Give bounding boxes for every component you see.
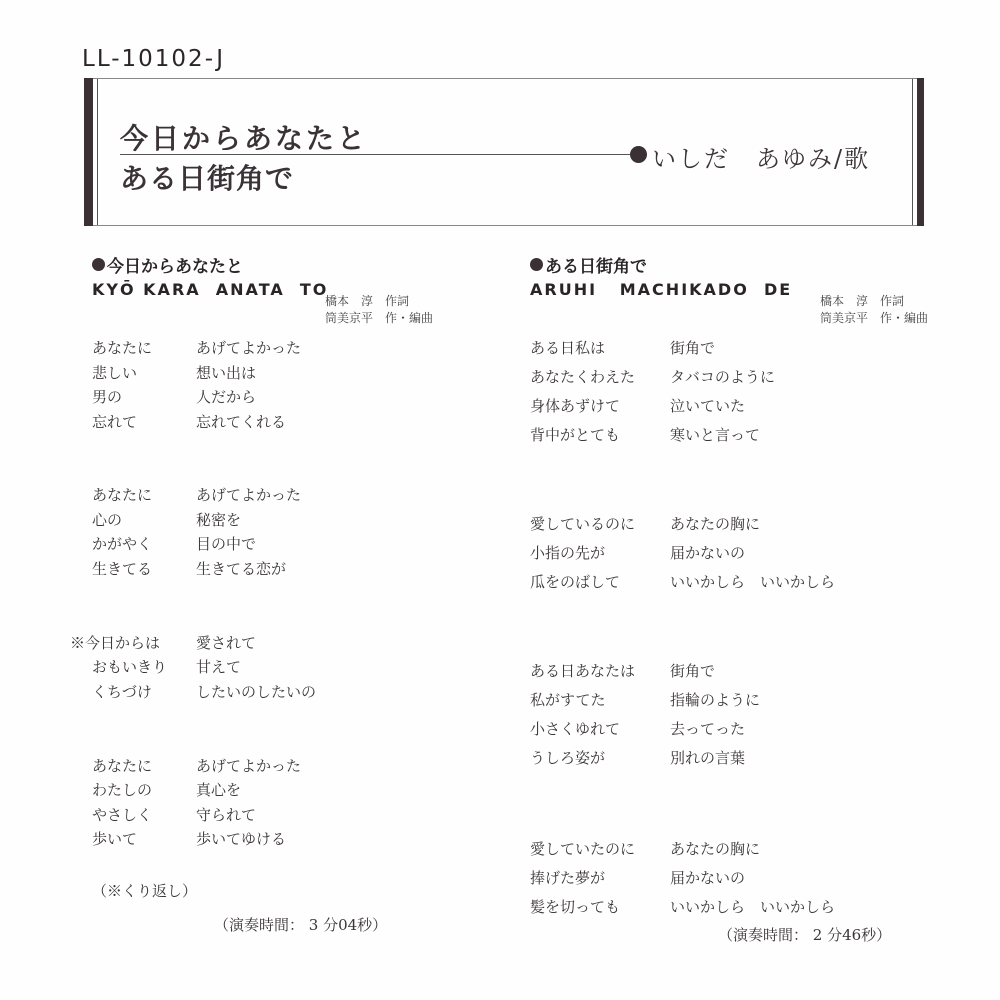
lyric-line-left: 愛していたのに (530, 838, 635, 859)
lyric-line-left: 小さくゆれて (530, 718, 620, 739)
lyric-line-right: 人だから (196, 386, 256, 407)
lyric-line-left: 歩いて (92, 828, 137, 849)
lyric-line-left: 忘れて (92, 411, 137, 432)
bullet-dot-icon (92, 258, 105, 271)
lyric-line-left: あなたに (92, 484, 152, 505)
lyric-line-right: 別れの言葉 (670, 747, 745, 768)
song-credits-2: 橋本 淳 作詞筒美京平 作・編曲 (820, 293, 928, 327)
lyric-line-right: あげてよかった (196, 755, 301, 776)
song-heading-2: ある日街角で ARUHI MACHIKADO DE (530, 252, 792, 299)
lyric-line-left: ある日あなたは (530, 660, 635, 681)
title-b-side: ある日街角で (120, 157, 294, 197)
lyric-line-right: 生きてる恋が (196, 558, 286, 579)
catalog-number: LL-10102-J (82, 46, 225, 72)
lyric-line-right: 街角で (670, 660, 715, 681)
lyric-line-left: 男の (92, 386, 122, 407)
lyric-line-left: おもいきり (92, 656, 167, 677)
song-heading-1: 今日からあなたと KYŌ KARA ANATA TO (92, 252, 328, 299)
lyric-line-left: 小指の先が (530, 542, 605, 563)
lyric-line-left: あなたに (92, 755, 152, 776)
right-border-line (912, 79, 913, 225)
credit-lyrics: 橋本 淳 作詞 (820, 293, 928, 310)
credit-music: 筒美京平 作・編曲 (820, 310, 928, 327)
lyric-line-right: 真心を (196, 779, 241, 800)
song-romaji: KYŌ KARA ANATA TO (92, 280, 328, 299)
lyric-line-left: 背中がとても (530, 424, 620, 445)
lyric-line-right: 目の中で (196, 533, 256, 554)
bullet-dot-icon (530, 258, 543, 271)
lyric-line-right: 歩いてゆける (196, 828, 286, 849)
lyric-line-right: あげてよかった (196, 484, 301, 505)
lyric-line-right: 寒いと言って (670, 424, 760, 445)
lyric-line-right: 秘密を (196, 509, 241, 530)
lyric-line-right: 甘えて (196, 656, 241, 677)
lyric-line-right: いいかしら いいかしら (670, 571, 835, 592)
lyric-line-left: 心の (92, 509, 122, 530)
title-divider (120, 154, 630, 155)
lyric-line-left: やさしく (92, 804, 152, 825)
lyric-line-left: 髪を切っても (530, 896, 620, 917)
lyric-line-right: いいかしら いいかしら (670, 896, 835, 917)
lyric-line-left: ある日私は (530, 337, 605, 358)
lyric-line-right: 去ってった (670, 718, 745, 739)
lyric-line-left: 私がすてた (530, 689, 605, 710)
lyric-line-left: 生きてる (92, 558, 152, 579)
lyric-line-left: ※今日からは (70, 632, 160, 653)
lyric-line-right: 想い出は (196, 362, 256, 383)
right-border-bar (917, 78, 924, 226)
left-border-bar (84, 78, 93, 226)
song-romaji: ARUHI MACHIKADO DE (530, 280, 792, 299)
credit-lyrics: 橋本 淳 作詞 (325, 293, 433, 310)
duration-song-2: （演奏時間： 2 分46秒） (718, 924, 891, 945)
lyric-line-right: あなたの胸に (670, 513, 760, 534)
lyric-line-left: あなたくわえた (530, 366, 635, 387)
song-credits-1: 橋本 淳 作詞筒美京平 作・編曲 (325, 293, 433, 327)
lyric-line-left: 愛しているのに (530, 513, 635, 534)
left-border-line (97, 79, 98, 225)
lyric-line-right: 指輪のように (670, 689, 760, 710)
artist-credit: いしだ あゆみ/歌 (652, 139, 870, 174)
title-a-side: 今日からあなたと (120, 117, 368, 157)
duration-song-1: （演奏時間： 3 分04秒） (214, 914, 387, 935)
lyric-line-left: 瓜をのばして (530, 571, 620, 592)
lyric-line-right: 忘れてくれる (196, 411, 286, 432)
lyric-line-left: かがやく (92, 533, 152, 554)
lyric-line-right: あなたの胸に (670, 838, 760, 859)
title-box: 今日からあなたと ある日街角で いしだ あゆみ/歌 (84, 78, 924, 226)
credit-music: 筒美京平 作・編曲 (325, 310, 433, 327)
lyric-line-right: 届かないの (670, 542, 745, 563)
lyric-line-right: タバコのように (670, 366, 775, 387)
repeat-note: （※くり返し） (92, 880, 197, 901)
lyric-line-left: わたしの (92, 779, 152, 800)
song-title: ある日街角で (545, 252, 647, 277)
lyric-line-left: あなたに (92, 337, 152, 358)
lyric-line-right: 届かないの (670, 867, 745, 888)
song-title: 今日からあなたと (107, 252, 243, 277)
lyric-line-right: 泣いていた (670, 395, 745, 416)
lyric-line-left: くちづけ (92, 681, 152, 702)
lyric-line-right: 街角で (670, 337, 715, 358)
lyric-line-left: 悲しい (92, 362, 137, 383)
lyric-line-left: 捧げた夢が (530, 867, 605, 888)
lyric-line-right: したいのしたいの (196, 681, 316, 702)
lyric-line-right: 守られて (196, 804, 256, 825)
lyric-line-left: 身体あずけて (530, 395, 620, 416)
bullet-dot-icon (630, 146, 647, 163)
lyric-line-left: うしろ姿が (530, 747, 605, 768)
lyric-line-right: あげてよかった (196, 337, 301, 358)
lyric-line-right: 愛されて (196, 632, 256, 653)
